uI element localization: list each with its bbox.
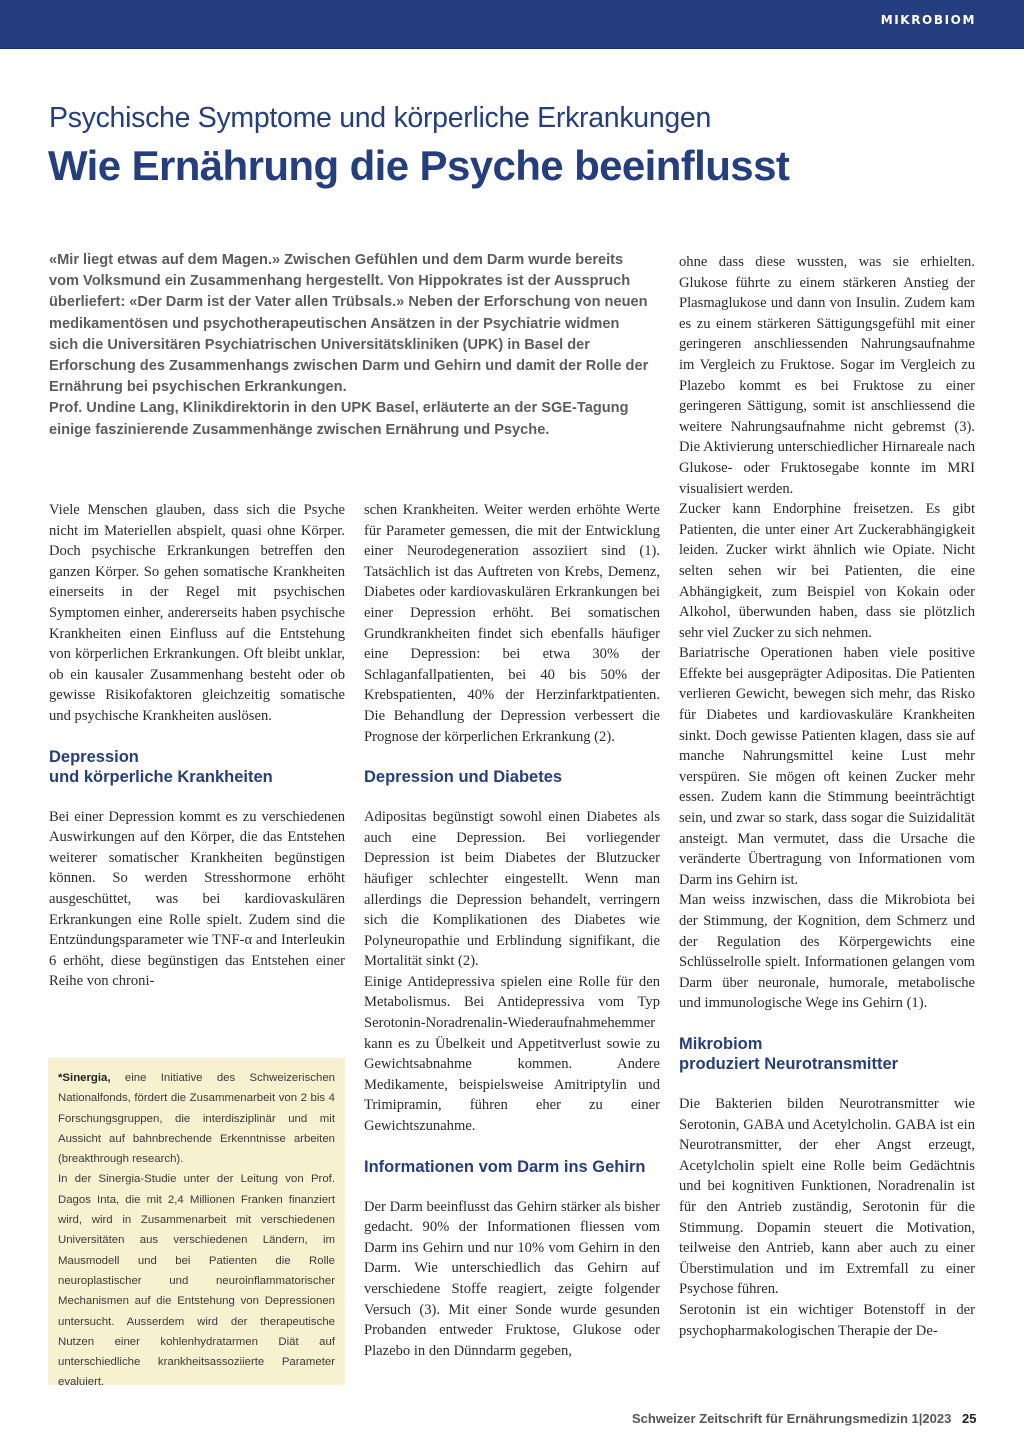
- heading-depression-koerper: Depression und körperliche Krankheiten: [49, 747, 345, 787]
- heading-darm-gehirn: Informationen vom Darm ins Gehirn: [364, 1157, 660, 1177]
- heading-line: Depression: [49, 748, 139, 766]
- sinergia-info-box: *Sinergia, eine Initiative des Schweizer…: [48, 1058, 345, 1385]
- body-paragraph: Adipositas begünstigt sowohl einen Diabe…: [364, 807, 660, 972]
- body-paragraph: Bei einer Depression kommt es zu verschi…: [49, 807, 345, 992]
- info-label: *Sinergia,: [58, 1072, 111, 1084]
- body-paragraph: Serotonin ist ein wichtiger Botenstoff i…: [679, 1300, 975, 1341]
- intro-paragraph: Viele Menschen glauben, dass sich die Ps…: [49, 500, 345, 727]
- body-paragraph: Man weiss inzwischen, dass die Mikrobiot…: [679, 890, 975, 1014]
- heading-depression-diabetes: Depression und Diabetes: [364, 767, 660, 787]
- column-2: schen Krankheiten. Weiter werden erhöhte…: [364, 500, 660, 1361]
- lead-author-paragraph: Prof. Undine Lang, Klinikdirektorin in d…: [49, 398, 649, 440]
- info-text: eine Initiative des Schweizerischen Nati…: [58, 1072, 335, 1165]
- column-1: Viele Menschen glauben, dass sich die Ps…: [49, 500, 345, 992]
- lead-paragraph: «Mir liegt etwas auf dem Magen.» Zwische…: [49, 250, 649, 398]
- page-number: 25: [962, 1411, 976, 1426]
- body-paragraph: Einige Antidepressiva spielen eine Rolle…: [364, 972, 660, 1137]
- heading-line: Mikrobiom: [679, 1035, 762, 1053]
- article-title: Wie Ernährung die Psyche beeinflusst: [48, 142, 789, 190]
- heading-line: und körperliche Krankheiten: [49, 768, 273, 786]
- section-header-bar: MIKROBIOM: [0, 0, 1024, 49]
- body-paragraph: schen Krankheiten. Weiter werden erhöhte…: [364, 500, 660, 747]
- body-paragraph: ohne dass diese wussten, was sie erhielt…: [679, 252, 975, 499]
- body-paragraph: Die Bakterien bilden Neurotransmitter wi…: [679, 1094, 975, 1300]
- body-paragraph: Bariatrische Operationen haben viele pos…: [679, 643, 975, 890]
- article-kicker: Psychische Symptome und körperliche Erkr…: [49, 102, 711, 135]
- heading-mikrobiom-neurotransmitter: Mikrobiom produziert Neurotransmitter: [679, 1034, 975, 1074]
- journal-footer: Schweizer Zeitschrift für Ernährungsmedi…: [632, 1411, 951, 1426]
- heading-line: produziert Neurotransmitter: [679, 1055, 898, 1073]
- section-label: MIKROBIOM: [881, 13, 976, 27]
- info-paragraph: In der Sinergia-Studie unter der Leitung…: [58, 1169, 335, 1392]
- body-paragraph: Der Darm beeinflusst das Gehirn stärker …: [364, 1197, 660, 1362]
- info-paragraph: *Sinergia, eine Initiative des Schweizer…: [58, 1068, 335, 1169]
- column-3: ohne dass diese wussten, was sie erhielt…: [679, 252, 975, 1341]
- article-lead: «Mir liegt etwas auf dem Magen.» Zwische…: [49, 250, 649, 441]
- body-paragraph: Zucker kann Endorphine freisetzen. Es gi…: [679, 499, 975, 643]
